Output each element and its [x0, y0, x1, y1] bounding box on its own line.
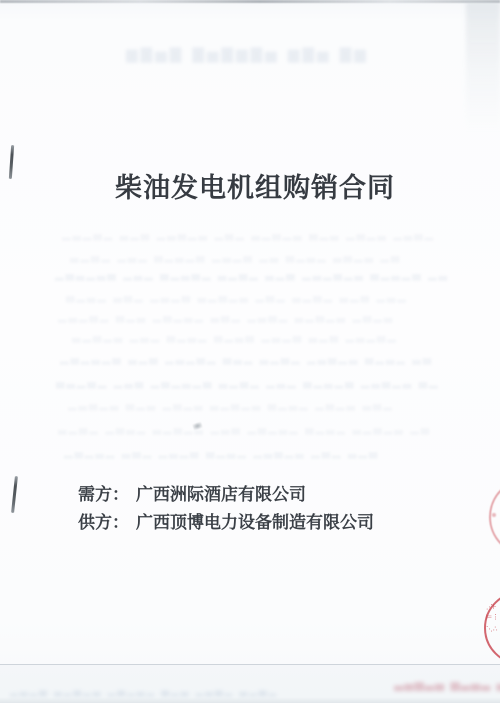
bleedthrough-line: ▃▂▄▂▃ ▂▃▂ ▄▂▃▂ ▄▂▃▄ ▂▃▂▄ ▃▂▄ ▂▃▂▄▂	[72, 330, 398, 343]
party-line-buyer: 需方：广西洲际酒店有限公司	[78, 482, 374, 510]
bleedthrough-line: ▂▄▂▃▂ ▃▄▂ ▂▃▂▄ ▄▂▃▂ ▂▃▄▂▃ ▂▄▂ ▃▂▄	[64, 446, 379, 459]
bleedthrough-line: ▂▃▄▂▃ ▄▂▃ ▂▄▂▃ ▃▂▄▂▃ ▄▂▃▂ ▂▄▂▃ ▃▄▂	[68, 398, 394, 411]
red-seal-text-fragment: ⋱∴	[486, 626, 497, 633]
bleedthrough-line: ▃▂▄▂ ▂▄▃▂ ▃▂▄▂▃ ▂▃▄ ▂▄▂▃▂ ▄▂▃▂ ▃▂▄▂▃ ▂▄	[58, 422, 431, 435]
scan-corner-shade	[466, 2, 500, 132]
buyer-name: 广西洲际酒店有限公司	[136, 485, 306, 505]
bleedthrough-line: ▂▃▂▄▂ ▄▂▃ ▂▄▂▃▂ ▃▄▂ ▂▃▄▂ ▃▂▄▂▃ ▂▄▂▃	[58, 310, 394, 323]
scan-top-edge	[0, 0, 500, 3]
bleedthrough-line: ▂▄▃▂▃▄ ▂▃▂ ▄▂▃▄▂ ▃▂▄▂ ▃▂▄ ▂▃▂▄▂▃ ▄▂▃▂▄ ▂…	[55, 268, 449, 281]
scanned-contract-cover-page: ▆▇▅▇ ▇▅▇▆▇▅ ▆▇▅ ▇▆ ▂▃▂▄▂ ▃▂▄ ▂▃▄▂▃ ▂▄▂ ▃…	[0, 0, 500, 703]
document-title: 柴油发电机组购销合同	[0, 166, 500, 205]
supplier-label: 供方：	[78, 513, 129, 533]
bleedthrough-line: ▃▂▄▂ ▂▃▂ ▄▂▃▂▄ ▂▃▂▄ ▂▃ ▄▂▃▂ ▃▄▂▃ ▂▄	[70, 250, 401, 263]
red-seal-upper-mark	[492, 513, 496, 517]
red-seal-text-fragment: ⋰⊦	[486, 604, 497, 611]
red-seal-upper	[489, 478, 500, 556]
bleedthrough-text-top: ▆▇▅▇ ▇▅▇▆▇▅ ▆▇▅ ▇▆	[126, 45, 369, 63]
bleedthrough-line: ▂▃▂▄▂ ▃▂▄ ▂▃▄▂▃ ▂▄▂ ▃▂▄▂▃ ▄▂▃ ▂▄▂▃ ▂▃▄▂	[62, 228, 435, 241]
red-seal-text-fragment: ⊨⋮	[486, 614, 499, 621]
bleedthrough-line: ▄▂▃▂ ▃▄▂ ▂▃▂▄ ▃▂▄▂▃ ▂▄▂ ▃▂▄▂ ▃▂▄ ▂▃▂	[66, 290, 408, 303]
parties-block: 需方：广西洲际酒店有限公司 供方：广西顶博电力设备制造有限公司	[78, 482, 374, 537]
bleedthrough-line: ▄▃▂▄▂ ▂▃▄ ▂▄▂▃▂▄ ▃▂▄▂ ▂▃▂ ▄▂▃▂▄ ▂▃▄▂▃ ▄▂	[56, 376, 440, 389]
pencil-smudge	[192, 422, 202, 430]
bleedthrough-line: ▂▄▂▃▂▄ ▃▂▄ ▂▃▂▄▂ ▄▃▂ ▃▂▄▂ ▂▃▄▂▃ ▄▂▃▂ ▃▄	[60, 352, 433, 365]
supplier-name: 广西顶博电力设备制造有限公司	[136, 513, 374, 533]
buyer-label: 需方：	[78, 485, 129, 505]
staple-mark-bottom	[11, 476, 17, 513]
scan-bottom-edge	[0, 697, 500, 703]
party-line-supplier: 供方：广西顶博电力设备制造有限公司	[78, 510, 374, 538]
